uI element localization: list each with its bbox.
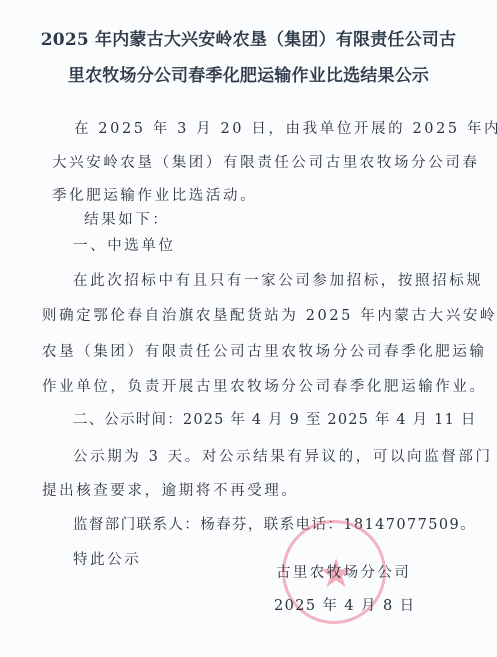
signature-date: 2025 年 4 月 8 日 [274, 594, 416, 615]
section-1-line-1: 在此次招标中有且只有一家公司参加招标，按照招标规 [73, 269, 483, 290]
contact-line: 监督部门联系人：杨春芬，联系电话：18147077509。 [73, 513, 476, 534]
section-1-line-2: 则确定鄂伦春自治旗农垦配货站为 2025 年内蒙古大兴安岭 [42, 304, 497, 325]
section-2-heading: 二、公示时间：2025 年 4 月 9 至 2025 年 4 月 11 日 [73, 408, 477, 429]
title-line-1: 2025 年内蒙古大兴安岭农垦（集团）有限责任公司古 [0, 22, 497, 58]
section-1-heading: 一、中选单位 [73, 234, 176, 255]
section-2-line-2: 提出核查要求，逾期将不再受理。 [42, 479, 299, 500]
section-1-line-4: 作业单位，负责开展古里农牧场分公司春季化肥运输作业。 [42, 375, 487, 396]
document-title: 2025 年内蒙古大兴安岭农垦（集团）有限责任公司古 里农牧场分公司春季化肥运输… [0, 22, 497, 94]
paragraph-intro-line-1: 在 2025 年 3 月 20 日，由我单位开展的 2025 年内蒙古 [74, 117, 497, 138]
paragraph-intro-line-3: 季化肥运输作业比选活动。 [52, 184, 257, 205]
section-2-line-1: 公示期为 3 天。对公示结果有异议的，可以向监督部门 [73, 445, 493, 466]
section-1-line-3: 农垦（集团）有限责任公司古里农牧场分公司春季化肥运输 [42, 340, 487, 361]
results-heading: 结果如下： [84, 208, 170, 229]
closing-line: 特此公示 [73, 548, 141, 569]
title-line-2: 里农牧场分公司春季化肥运输作业比选结果公示 [0, 58, 497, 94]
paragraph-intro-line-2: 大兴安岭农垦（集团）有限责任公司古里农牧场分公司春 [52, 151, 480, 172]
signature-organization: 古里农牧场分公司 [276, 561, 411, 582]
